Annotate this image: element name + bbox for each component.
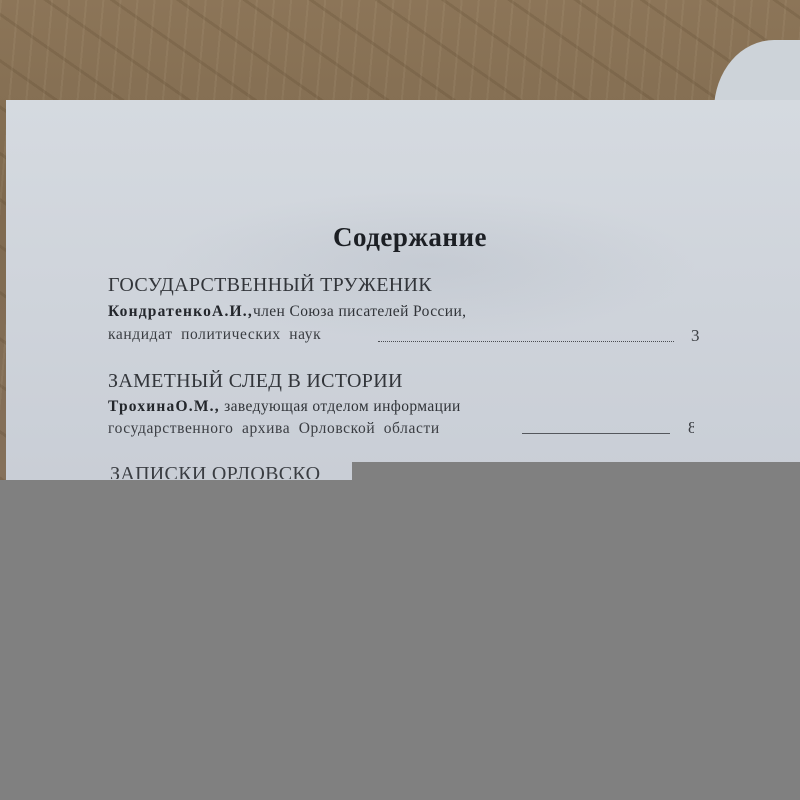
- page-title: Содержание: [0, 222, 800, 253]
- toc-entry-author-line: КондратенкоА.И.,член Союза писателей Рос…: [108, 303, 466, 321]
- toc-entry-heading: ЗАМЕТНЫЙ СЛЕД В ИСТОРИИ: [108, 370, 403, 393]
- toc-entry-heading-partial: ЗАПИСКИ ОРЛОВСКО: [110, 462, 320, 479]
- toc-entry-author: КондратенкоА.И.,: [108, 303, 253, 320]
- gray-mask: [0, 480, 800, 800]
- toc-page-number: 8: [688, 418, 694, 438]
- toc-entry-author-desc: член Союза писателей России,: [253, 303, 467, 320]
- toc-entry-heading: ГОСУДАРСТВЕННЫЙ ТРУЖЕНИК: [108, 274, 432, 297]
- gray-mask: [352, 462, 800, 480]
- toc-entry-desc: кандидат политических наук: [108, 326, 321, 344]
- toc-leader-dots: [378, 341, 674, 342]
- toc-leader-line: [522, 433, 670, 434]
- toc-entry-author-desc: заведующая отделом информации: [220, 398, 461, 415]
- toc-entry-author: ТрохинаО.М.,: [108, 398, 220, 415]
- toc-entry-desc: государственного архива Орловской област…: [108, 420, 440, 438]
- toc-page-number: 3: [691, 326, 700, 346]
- toc-entry-author-line: ТрохинаО.М., заведующая отделом информац…: [108, 398, 461, 416]
